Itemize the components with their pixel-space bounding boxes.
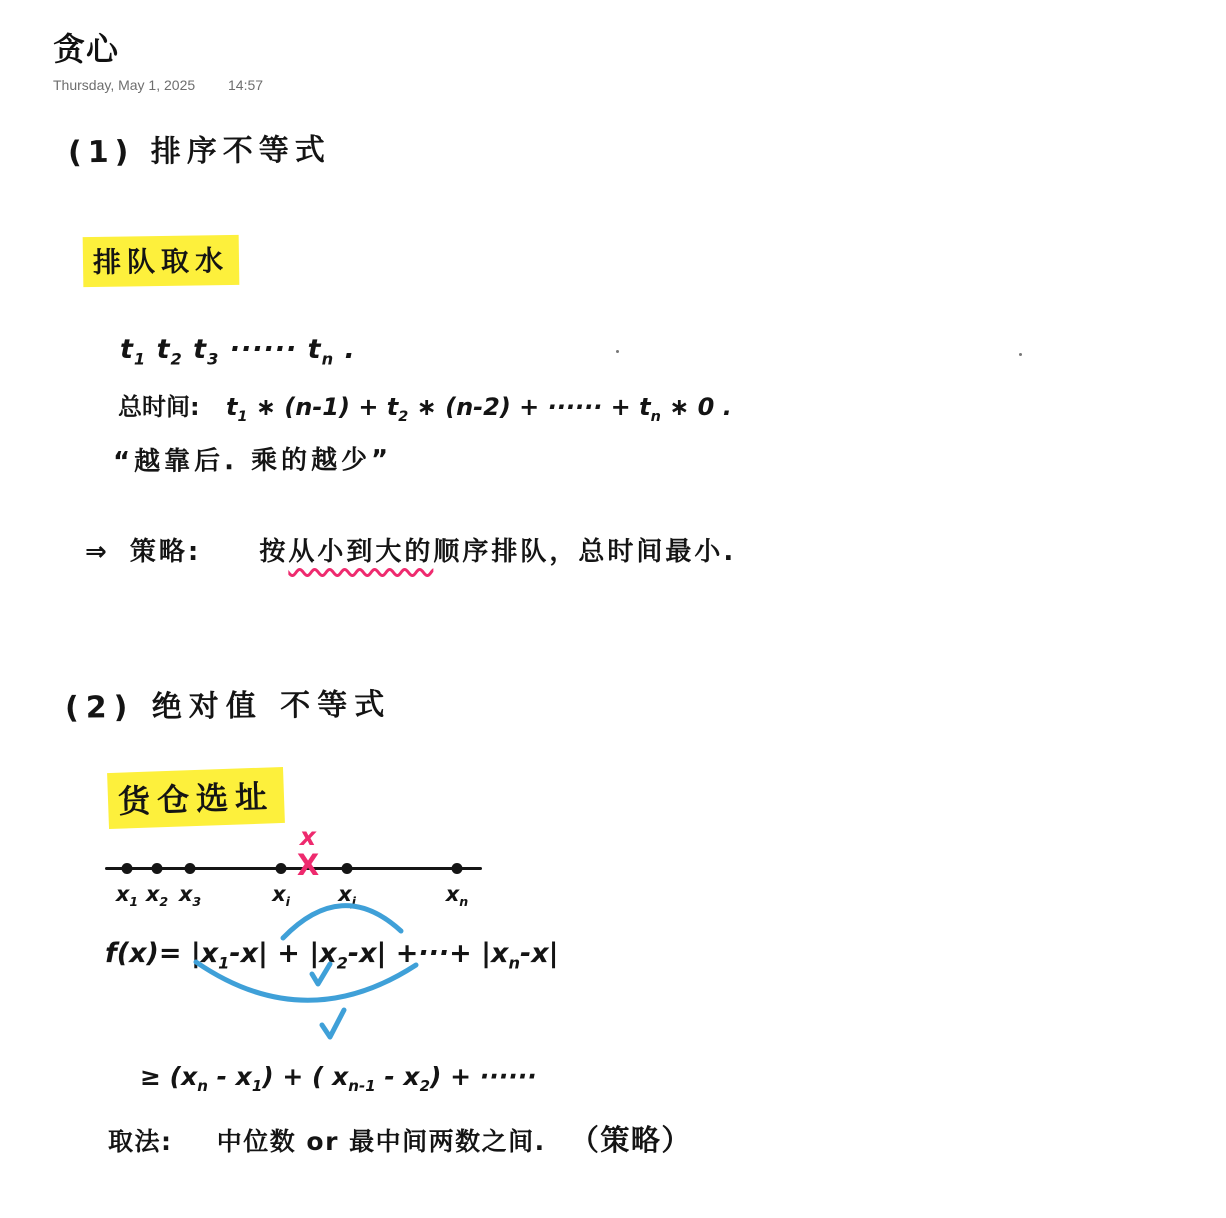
bound-formula: ≥ (xn - x1) + ( xn-1 - x2) + ······ (140, 1062, 537, 1095)
ink-speck (616, 350, 619, 353)
takeaway-line: 取法: 中位数 or 最中间两数之间. （策略） (108, 1118, 692, 1159)
takeaway-text: 中位数 or 最中间两数之间. (217, 1127, 546, 1156)
section1-heading: (1) 排序不等式 (68, 125, 331, 172)
problem1-highlight: 排队取水 (83, 235, 240, 287)
strategy-prefix: 按 (259, 537, 288, 567)
check-small-icon (312, 964, 330, 984)
number-line-point-label: x2 (146, 882, 168, 909)
problem1-label: 排队取水 (83, 235, 240, 287)
double-arrow-icon: ⇒ (85, 537, 110, 567)
number-line-point-label: xn (446, 882, 469, 909)
note-time: 14:57 (228, 77, 263, 93)
problem2-highlight: 货仓选址 (107, 767, 285, 829)
strategy-underlined-text: 从小到大的 (288, 537, 433, 567)
total-time-line: 总时间: t1 ∗ (n-1) + t2 ∗ (n-2) + ······ + … (118, 387, 732, 425)
note-date: Thursday, May 1, 2025 (53, 77, 195, 93)
pairing-arc-bottom (196, 962, 416, 1000)
sequence-formula: t1 t2 t3 ······ tn . (120, 334, 356, 368)
takeaway-paren: （策略） (570, 1123, 692, 1157)
note-title[interactable]: 贪心 (53, 24, 119, 70)
number-line-point (452, 863, 463, 874)
takeaway-label: 取法: (108, 1127, 173, 1156)
pairing-annotation (185, 870, 425, 1050)
number-line-point-label: x1 (116, 882, 138, 909)
note-page[interactable]: 贪心 Thursday, May 1, 2025 14:57 (1) 排序不等式… (0, 0, 1226, 1218)
number-line-point (152, 863, 163, 874)
check-big-icon (322, 1010, 344, 1037)
total-time-label: 总时间: (118, 393, 200, 421)
strategy-label: 策略: (130, 537, 201, 567)
strategy-suffix: 顺序排队，总时间最小. (433, 537, 736, 567)
pairing-arc-top (283, 906, 401, 938)
marker-x-label: x (300, 822, 316, 851)
total-time-formula: t1 ∗ (n-1) + t2 ∗ (n-2) + ······ + tn ∗ … (226, 393, 732, 421)
strategy-line: ⇒ 策略: 按从小到大的顺序排队，总时间最小. (85, 531, 736, 568)
observation-quote: “越靠后. 乘的越少” (113, 439, 392, 478)
number-line-point (122, 863, 133, 874)
note-date-row: Thursday, May 1, 2025 14:57 (53, 77, 195, 93)
section2-heading: (2) 绝对值 不等式 (65, 679, 392, 726)
ink-speck (1019, 353, 1022, 356)
problem2-label: 货仓选址 (107, 767, 285, 829)
